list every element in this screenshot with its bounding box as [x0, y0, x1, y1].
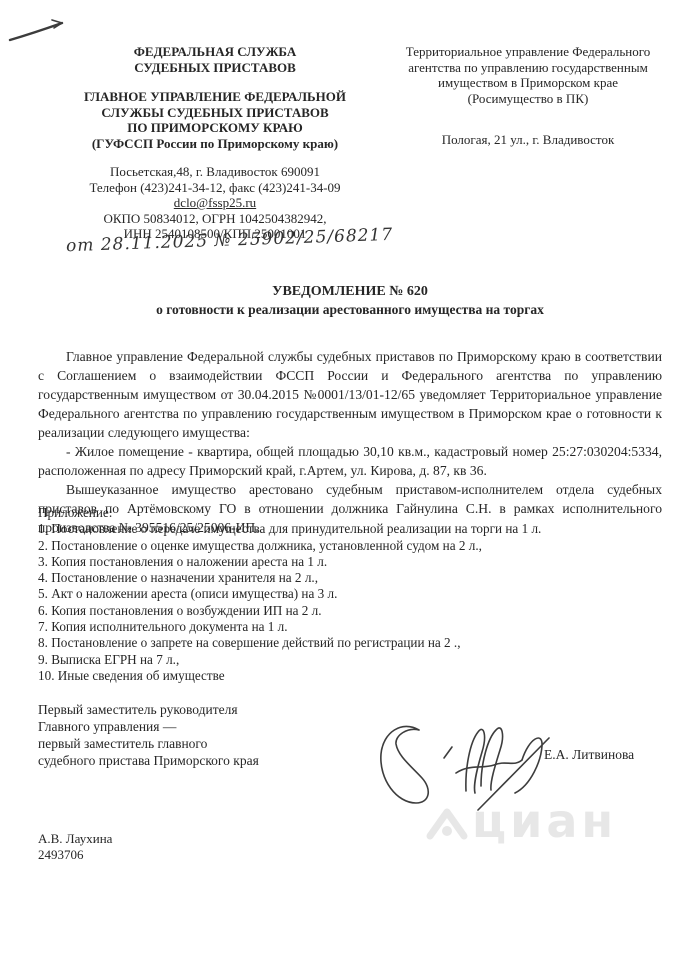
sender-dept-line: ПО ПРИМОРСКОМУ КРАЮ	[52, 120, 378, 136]
recipient-line: (Росимущество в ПК)	[366, 91, 690, 107]
spacer	[52, 151, 378, 164]
sender-dept-line: (ГУФССП России по Приморскому краю)	[52, 136, 378, 152]
signer-position-block: Первый заместитель руководителя Главного…	[38, 701, 368, 769]
document-title: УВЕДОМЛЕНИЕ № 620	[38, 283, 662, 301]
sender-dept-line: СЛУЖБЫ СУДЕБНЫХ ПРИСТАВОВ	[52, 105, 378, 121]
attachment-item: 9. Выписка ЕГРН на 7 л.,	[38, 652, 662, 668]
attachment-item: 5. Акт о наложении ареста (описи имущест…	[38, 586, 662, 602]
signature-mark	[362, 698, 562, 813]
attachments-section: Приложение: 1. Постановление о передаче …	[38, 505, 662, 684]
recipient-block: Территориальное управление Федерального …	[366, 44, 690, 148]
executor-phone: 2493706	[38, 847, 112, 863]
signer-position-line: первый заместитель главного	[38, 735, 368, 752]
recipient-line: Территориальное управление Федерального	[366, 44, 690, 60]
attachment-item: 1. Постановление о передаче имущества дл…	[38, 521, 662, 537]
recipient-line: агентства по управлению государственным	[366, 60, 690, 76]
sender-org-line: ФЕДЕРАЛЬНАЯ СЛУЖБА	[52, 44, 378, 60]
sender-org-line: СУДЕБНЫХ ПРИСТАВОВ	[52, 60, 378, 76]
document-subtitle: о готовности к реализации арестованного …	[38, 301, 662, 319]
attachment-item: 7. Копия исполнительного документа на 1 …	[38, 619, 662, 635]
recipient-line: имуществом в Приморском крае	[366, 75, 690, 91]
attachment-item: 8. Постановление о запрете на совершение…	[38, 635, 662, 651]
executor-block: А.В. Лаухина 2493706	[38, 831, 112, 862]
attachment-item: 4. Постановление о назначении хранителя …	[38, 570, 662, 586]
attachment-item: 3. Копия постановления о наложении арест…	[38, 554, 662, 570]
pen-mark	[5, 11, 77, 45]
sender-okpo-ogrn: ОКПО 50834012, ОГРН 1042504382942,	[52, 211, 378, 227]
sender-postal-address: Посьетская,48, г. Владивосток 690091	[52, 164, 378, 180]
body-paragraph-2: - Жилое помещение - квартира, общей площ…	[38, 442, 662, 480]
document-page: ФЕДЕРАЛЬНАЯ СЛУЖБА СУДЕБНЫХ ПРИСТАВОВ ГЛ…	[0, 0, 698, 960]
sender-phone: Телефон (423)241-34-12, факс (423)241-34…	[52, 180, 378, 196]
signer-position-line: судебного пристава Приморского края	[38, 752, 368, 769]
sender-email-link[interactable]: dclo@fssp25.ru	[174, 195, 256, 210]
attachments-label: Приложение:	[38, 505, 662, 521]
document-title-block: УВЕДОМЛЕНИЕ № 620 о готовности к реализа…	[38, 283, 662, 319]
recipient-address: Пологая, 21 ул., г. Владивосток	[366, 132, 690, 148]
signer-position-line: Первый заместитель руководителя	[38, 701, 368, 718]
executor-name: А.В. Лаухина	[38, 831, 112, 847]
signer-name: Е.А. Литвинова	[544, 747, 634, 763]
attachment-item: 6. Копия постановления о возбуждении ИП …	[38, 603, 662, 619]
attachment-item: 10. Иные сведения об имуществе	[38, 668, 662, 684]
attachment-item: 2. Постановление о оценке имущества долж…	[38, 538, 662, 554]
sender-dept-line: ГЛАВНОЕ УПРАВЛЕНИЕ ФЕДЕРАЛЬНОЙ	[52, 89, 378, 105]
body-paragraph-1: Главное управление Федеральной службы су…	[38, 347, 662, 442]
sender-letterhead: ФЕДЕРАЛЬНАЯ СЛУЖБА СУДЕБНЫХ ПРИСТАВОВ ГЛ…	[52, 44, 378, 242]
spacer	[52, 75, 378, 89]
spacer	[366, 106, 690, 132]
signer-position-line: Главного управления —	[38, 718, 368, 735]
